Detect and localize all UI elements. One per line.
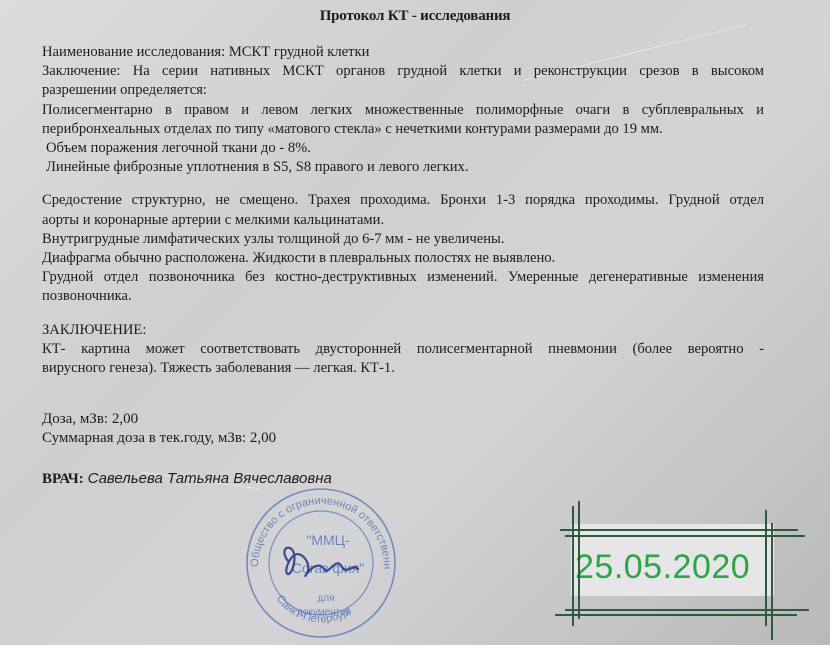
diaphragm-finding: Диафрагма обычно расположена. Жидкости в… — [42, 250, 555, 267]
mediastinum-finding: Средостение структурно, не смещено. Трах… — [42, 192, 764, 209]
findings-intro: Заключение: На серии нативных МСКТ орган… — [42, 63, 764, 80]
doctor-label: ВРАЧ: — [42, 471, 84, 487]
spine-finding: Грудной отдел позвоночника без костно-де… — [42, 269, 764, 286]
aorta-finding: аорты и коронарные артерии с мелкими кал… — [42, 212, 384, 229]
dose-value: 2,00 — [112, 411, 138, 427]
svg-text:Общество с ограниченной ответс: Общество с ограниченной ответственностью — [236, 483, 393, 569]
frame-line — [560, 529, 798, 531]
organization-stamp: Общество с ограниченной ответственностью… — [236, 483, 406, 641]
conclusion-text: КТ- картина может соответствовать двусто… — [42, 341, 764, 358]
svg-text:для: для — [317, 593, 334, 604]
ct-protocol-document: Протокол КТ - исследования Наименование … — [0, 0, 830, 645]
annual-dose-value: 2,00 — [250, 430, 276, 446]
frame-line — [578, 501, 580, 619]
svg-text:документов: документов — [297, 607, 351, 618]
findings-lungs: Полисегментарно в правом и левом легких … — [42, 102, 764, 119]
lesion-volume: Объем поражения легочной ткани до - 8%. — [46, 140, 311, 157]
findings-lungs-cont: перибронхеальных отделах по типу «матово… — [42, 121, 663, 138]
annual-dose-label: Суммарная доза в тек.году, мЗв: — [42, 430, 246, 446]
frame-line — [771, 523, 773, 640]
conclusion-text-cont: вирусного генеза). Тяжесть заболевания —… — [42, 360, 395, 377]
annual-dose-line: Суммарная доза в тек.году, мЗв: 2,00 — [42, 430, 276, 447]
spine-finding-cont: позвоночника. — [42, 288, 132, 305]
frame-line — [565, 535, 805, 537]
frame-line — [765, 510, 767, 626]
date-stamp: 25.05.2020 — [560, 513, 766, 591]
svg-text:"ММЦ-: "ММЦ- — [306, 532, 350, 548]
fibrosis-finding: Линейные фиброзные уплотнения в S5, S8 п… — [46, 159, 469, 176]
document-title: Протокол КТ - исследования — [0, 8, 830, 25]
findings-intro-cont: разрешении определяется: — [42, 82, 207, 99]
stamp-seal-icon: Общество с ограниченной ответственностью… — [236, 483, 406, 641]
dose-line: Доза, мЗв: 2,00 — [42, 411, 138, 428]
study-name: Наименование исследования: МСКТ грудной … — [42, 44, 369, 61]
frame-line — [555, 614, 797, 616]
lymph-nodes-finding: Внутригрудные лимфатических узлы толщино… — [42, 231, 504, 248]
study-date: 25.05.2020 — [575, 548, 770, 587]
conclusion-heading: ЗАКЛЮЧЕНИЕ: — [42, 322, 146, 339]
frame-line — [572, 506, 574, 626]
dose-label: Доза, мЗв: — [42, 411, 108, 427]
